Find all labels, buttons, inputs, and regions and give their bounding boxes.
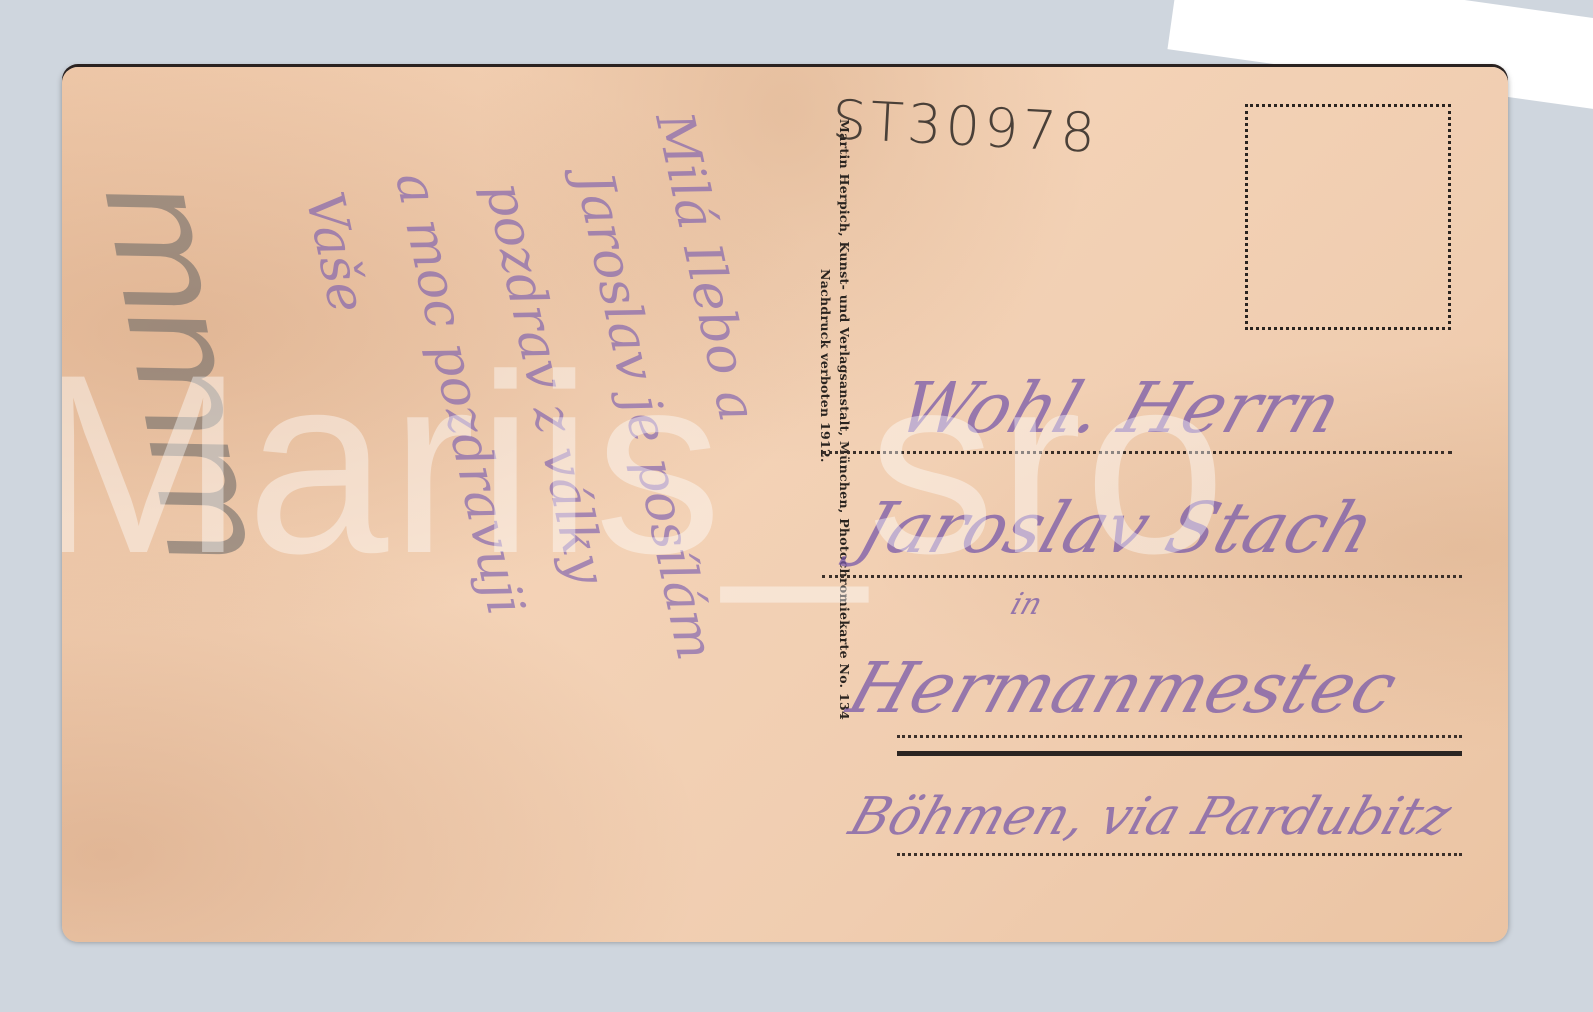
message-line-5: Vaše	[293, 187, 377, 318]
address-recipient-name: Jaroslav Stach	[849, 487, 1385, 569]
address-underline	[897, 751, 1462, 756]
pencil-scribble: mmm	[71, 167, 297, 569]
address-town: Hermanmestec	[839, 647, 1407, 729]
postcard-back: ST30978 Martin Herpich, Kunst- und Verla…	[62, 67, 1508, 942]
address-line-2	[822, 575, 1462, 578]
publisher-imprint-line-2: Nachdruck verboten 1912.	[818, 269, 833, 463]
publisher-imprint-line-1: Martin Herpich, Kunst- und Verlagsanstal…	[837, 119, 852, 720]
stamp-box	[1245, 104, 1451, 330]
publisher-imprint: Martin Herpich, Kunst- und Verlagsanstal…	[807, 119, 867, 689]
address-line-1	[822, 451, 1452, 454]
stock-code-label: ST30978	[831, 88, 1101, 165]
address-in: in	[1006, 587, 1046, 622]
address-line-3	[897, 735, 1462, 738]
address-recipient-title: Wohl. Herrn	[889, 367, 1351, 449]
address-line-4	[897, 853, 1462, 856]
address-region: Böhmen, via Pardubitz	[842, 787, 1458, 847]
